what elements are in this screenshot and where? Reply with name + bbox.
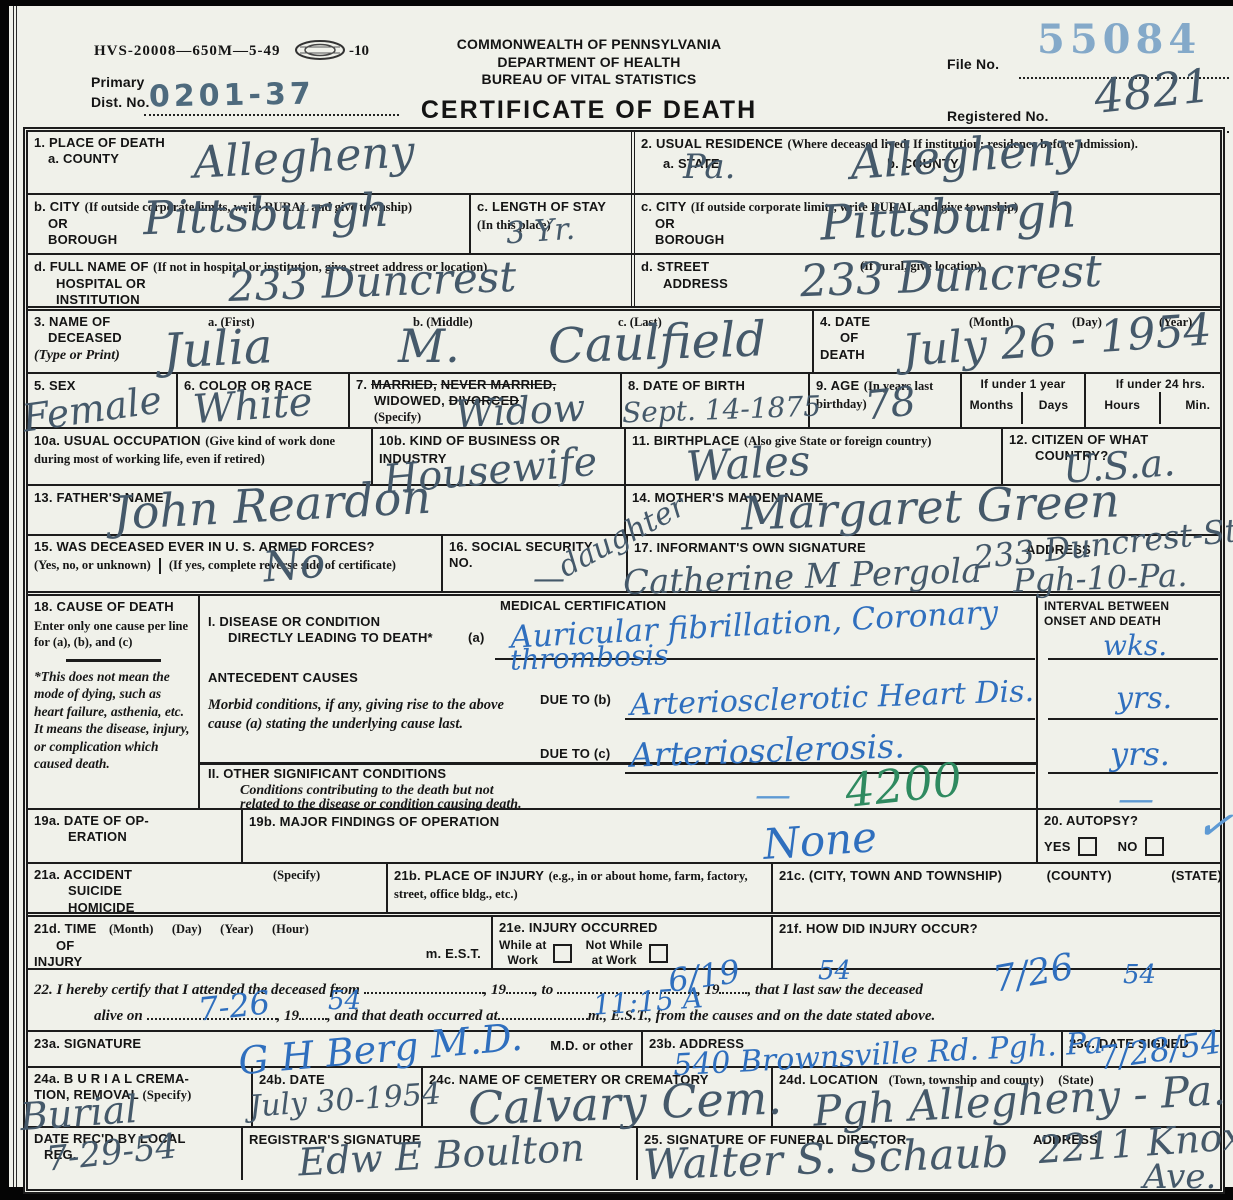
under24-label: If under 24 hrs. — [1086, 377, 1233, 392]
field-physician-address: 23b. ADDRESS 540 Brownsville Rd. Pgh. Pa — [643, 1032, 1063, 1066]
autopsy-yes-checkbox[interactable] — [1078, 837, 1097, 856]
interval-b-handwritten: yrs. — [1116, 684, 1172, 714]
field-age-under-24-hrs: If under 24 hrs. Hours Min. — [1086, 374, 1233, 427]
father-handwritten-value: John Reardon — [112, 474, 432, 537]
armed-forces-label: 15. WAS DECEASED EVER IN U. S. ARMED FOR… — [34, 539, 435, 555]
other-conditions-label: II. OTHER SIGNIFICANT CONDITIONS — [208, 766, 446, 782]
other-conditions-handwritten: 4200 — [843, 756, 964, 814]
field-age-under-1-year: If under 1 year Months Days — [962, 374, 1086, 427]
other-conditions-dash: — — [755, 778, 791, 814]
hospital-handwritten-value: 233 Duncrest — [227, 256, 516, 308]
county-handwritten-value: Allegheny — [192, 130, 416, 186]
street-handwritten-value: 233 Duncrest — [799, 250, 1102, 305]
informant-signature-handwritten: Catherine M Pergola — [623, 554, 983, 600]
injury-city-label: 21c. (CITY, TOWN AND TOWNSHIP) — [779, 868, 1002, 883]
toi-month: (Month) — [109, 922, 153, 936]
certify-fromyear-handwritten: 54 — [818, 958, 851, 984]
field-informant: 17. INFORMANT'S OWN SIGNATURE ADDRESS da… — [628, 536, 1233, 591]
major-findings-label: 19b. MAJOR FINDINGS OF OPERATION — [249, 814, 499, 829]
autopsy-no-label: NO — [1118, 839, 1138, 855]
first-name-handwritten: Julia — [162, 322, 274, 376]
marital-widowed: WIDOWED, — [374, 393, 445, 408]
mother-handwritten-value: Margaret Green — [740, 477, 1120, 536]
while-at-work-label2: Work — [499, 953, 547, 968]
interval-label2: ONSET AND DEATH — [1044, 614, 1229, 629]
field-injury-location: 21c. (CITY, TOWN AND TOWNSHIP) (COUNTY) … — [773, 864, 1233, 912]
field-fathers-name: 13. FATHER'S NAME John Reardon — [28, 486, 626, 534]
primary-label: Primary — [91, 74, 145, 92]
dist-no-label: Dist. No. — [91, 94, 150, 112]
major-findings-handwritten: None — [762, 816, 879, 866]
asd-specify-hint: (Specify) — [273, 868, 320, 884]
certify-from-blank — [364, 979, 484, 994]
city-label: b. CITY — [34, 199, 80, 214]
field-interval-onset-death: INTERVAL BETWEEN ONSET AND DEATH wks. yr… — [1038, 596, 1233, 808]
toi-label3: INJURY — [34, 954, 485, 970]
cause-note2: *This does not mean the mode of dying, s… — [34, 668, 192, 773]
field-cemetery-name: 24c. NAME OF CEMETERY OR CREMATORY Calva… — [423, 1068, 773, 1126]
death-certificate-scan: HVS-20008—650M—5-49 -10 Primary Dist. No… — [0, 0, 1233, 1200]
cause-note1: Enter only one cause per line for (a), (… — [34, 619, 192, 650]
certificate-title: CERTIFICATE OF DEATH — [374, 95, 804, 126]
interval-other-dash: — — [1118, 782, 1154, 818]
bureau-line: BUREAU OF VITAL STATISTICS — [374, 71, 804, 89]
cause-a-handwritten-line2: thrombosis — [510, 641, 669, 675]
funeral-director-signature-handwritten: Walter S. Schaub — [642, 1132, 1009, 1187]
street-label: d. STREET — [641, 259, 709, 274]
field-color-or-race: 6. COLOR OR RACE White — [178, 374, 350, 427]
signature-label: 23a. SIGNATURE — [34, 1036, 141, 1051]
informant-address2-handwritten: Pgh-10-Pa. — [1012, 559, 1187, 597]
autopsy-yes-label: YES — [1044, 839, 1071, 855]
while-at-work-checkbox[interactable] — [553, 944, 572, 963]
asd-label3: HOMICIDE — [68, 900, 380, 916]
field-birthplace: 11. BIRTHPLACE (Also give State or forei… — [626, 429, 1003, 484]
field-place-of-injury: 21b. PLACE OF INJURY (e.g., in or about … — [388, 864, 773, 912]
field-time-of-injury: 21d. TIME (Month) (Day) (Year) (Hour) OF… — [28, 917, 493, 968]
registered-no-value: 4821 — [1092, 62, 1213, 120]
field-city-or-borough-residence: c. CITY (If outside corporate limits, wr… — [631, 195, 1233, 253]
form-number-suffix: -10 — [349, 42, 369, 61]
injury-occurred-label: 21e. INJURY OCCURRED — [499, 920, 765, 936]
place-of-injury-label: 21b. PLACE OF INJURY — [394, 868, 544, 883]
toi-year: (Year) — [220, 922, 253, 936]
field-length-of-stay: c. LENGTH OF STAY (In this place) 3 Yr. — [471, 195, 631, 253]
certify-alive: alive on — [94, 1008, 143, 1024]
cause-label: 18. CAUSE OF DEATH — [34, 599, 192, 615]
interval-label1: INTERVAL BETWEEN — [1044, 599, 1229, 614]
dist-no-stamp-value: 0201-37 — [149, 77, 315, 115]
field-physician-signature: 23a. SIGNATURE M.D. or other G H Berg M.… — [28, 1032, 643, 1066]
while-at-work-label1: While at — [499, 938, 547, 953]
field-date-of-death: 4. DATE OF DEATH (Month) (Day) (Year) Ju… — [814, 311, 1233, 372]
field-name-of-deceased: 3. NAME OF DECEASED (Type or Print) a. (… — [28, 311, 814, 372]
field-age: 9. AGE (In years last birthday) 78 — [810, 374, 962, 427]
city-handwritten-value: Pittsburgh — [142, 187, 390, 242]
certify-alive-handwritten: 7-26 — [197, 986, 272, 1025]
operation-date-label: 19a. DATE OF OP- — [34, 813, 235, 829]
dob-label: 8. DATE OF BIRTH — [628, 378, 745, 393]
race-handwritten-value: White — [192, 382, 314, 430]
certificate-form: 1. PLACE OF DEATH a. COUNTY Allegheny 2.… — [23, 127, 1225, 1194]
file-no-stamp-value: 55084 — [1037, 16, 1201, 63]
middle-name-handwritten: M. — [398, 323, 460, 369]
field-registrar-signature: REGISTRAR'S SIGNATURE Edw E Boulton — [243, 1128, 638, 1180]
burial-label1: 24a. B U R I A L CREMA- — [34, 1071, 245, 1087]
last-name-handwritten: Caulfield — [547, 315, 767, 371]
cemetery-handwritten: Calvary Cem. — [467, 1075, 782, 1132]
field-usual-residence: 2. USUAL RESIDENCE (Where deceased lived… — [631, 132, 1233, 193]
field-cemetery-location: 24d. LOCATION (Town, township and county… — [773, 1068, 1233, 1126]
certify-time-handwritten: 11:15 A — [592, 984, 703, 1020]
commonwealth-line: COMMONWEALTH OF PENNSYLVANIA — [374, 36, 804, 54]
armed-forces-handwritten-value: No — [261, 541, 326, 588]
scan-edge-lines — [13, 6, 17, 1187]
field-accident-suicide-homicide: 21a. ACCIDENT SUICIDE HOMICIDE (Specify) — [28, 864, 388, 912]
birthplace-handwritten-value: Wales — [685, 440, 811, 488]
field-marital-status: 7. MARRIED, NEVER MARRIED, WIDOWED, DIVO… — [350, 374, 622, 427]
marital-handwritten-value: Widow — [454, 389, 586, 434]
autopsy-no-checkbox[interactable] — [1145, 837, 1164, 856]
dob-handwritten-value: Sept. 14-1875 — [622, 393, 822, 428]
field-certification-statement: 22. I hereby certify that I attended the… — [28, 970, 1233, 1030]
certificate-paper: HVS-20008—650M—5-49 -10 Primary Dist. No… — [9, 6, 1233, 1187]
certificate-header: HVS-20008—650M—5-49 -10 Primary Dist. No… — [9, 6, 1233, 127]
header-center-block: COMMONWEALTH OF PENNSYLVANIA DEPARTMENT … — [374, 36, 804, 126]
injury-state-label: (STATE) — [1171, 868, 1222, 883]
operation-date-label2: ERATION — [68, 829, 235, 845]
disease-a-tag: (a) — [468, 630, 485, 646]
interval-a-handwritten: wks. — [1103, 632, 1167, 660]
marital-married-struck: MARRIED, — [371, 377, 437, 392]
rule — [66, 659, 161, 662]
under1-label: If under 1 year — [962, 377, 1084, 392]
field-hospital-name: d. FULL NAME OF (If not in hospital or i… — [28, 255, 631, 306]
toi-label2: OF — [56, 938, 485, 954]
disease-line2: DIRECTLY LEADING TO DEATH* — [228, 630, 433, 646]
not-while-label1: Not While — [586, 938, 643, 953]
armed-forces-hint1: (Yes, no, or unknown) — [34, 558, 159, 574]
residence-city-handwritten-value: Pittsburgh — [819, 186, 1078, 247]
not-while-label2: at Work — [586, 953, 643, 968]
due-to-c-label: DUE TO (c) — [540, 746, 610, 762]
asd-label1: 21a. ACCIDENT — [34, 867, 380, 883]
field-sex: 5. SEX Female — [28, 374, 178, 427]
field-city-or-borough-death: b. CITY (If outside corporate limits, wr… — [28, 195, 471, 253]
field-street-address: d. STREET (If rural, give location) ADDR… — [631, 255, 1233, 306]
hospital-label: d. FULL NAME OF — [34, 259, 149, 274]
hours-label: Hours — [1086, 392, 1161, 424]
antecedent-label: ANTECEDENT CAUSES — [208, 670, 358, 686]
certify-toyear-handwritten: 54 — [1123, 962, 1156, 988]
age-label: 9. AGE — [816, 378, 859, 393]
field-date-of-birth: 8. DATE OF BIRTH Sept. 14-1875 — [622, 374, 810, 427]
not-while-at-work-checkbox[interactable] — [649, 944, 668, 963]
days-label: Days — [1023, 392, 1084, 424]
md-or-other-label: M.D. or other — [550, 1038, 633, 1054]
state-handwritten-value: Pa. — [683, 150, 735, 184]
due-to-b-label: DUE TO (b) — [540, 692, 611, 708]
field-date-of-operation: 19a. DATE OF OP- ERATION — [28, 810, 243, 862]
burial-handwritten-value: Burial — [19, 1090, 139, 1136]
field-medical-certification: MEDICAL CERTIFICATION I. DISEASE OR COND… — [200, 596, 1038, 808]
certify-aliveyear-handwritten: 54 — [328, 988, 361, 1014]
field-burial-type: 24a. B U R I A L CREMA- TION, REMOVAL (S… — [28, 1068, 253, 1126]
field-cause-of-death-notes: 18. CAUSE OF DEATH Enter only one cause … — [28, 596, 200, 808]
toi-label: 21d. TIME — [34, 921, 96, 936]
certify-19a: , 19 — [484, 982, 507, 998]
funeral-director-address2-handwritten: Ave. — [1143, 1160, 1216, 1194]
residence-city-label: c. CITY — [641, 199, 686, 214]
toi-day: (Day) — [172, 922, 202, 936]
informant-label: 17. INFORMANT'S OWN SIGNATURE — [634, 540, 866, 555]
burial-specify: (Specify) — [143, 1088, 192, 1102]
field-major-findings: 19b. MAJOR FINDINGS OF OPERATION None — [243, 810, 1038, 862]
residence-county-handwritten-value: Allegheny — [849, 124, 1083, 186]
how-injury-label: 21f. HOW DID INJURY OCCUR? — [779, 921, 978, 936]
certify-aliveyear-blank — [299, 1005, 327, 1020]
disease-line1: I. DISEASE OR CONDITION — [208, 614, 380, 630]
months-label: Months — [962, 392, 1023, 424]
length-of-stay-handwritten-value: 3 Yr. — [505, 215, 576, 250]
certify-fromyear-blank — [506, 979, 534, 994]
file-no-label: File No. — [947, 56, 999, 74]
form-number: HVS-20008—650M—5-49 — [94, 42, 281, 61]
rule — [1048, 718, 1218, 720]
autopsy-no-checkmark: ✓ — [1193, 802, 1233, 851]
state-seal-icon — [294, 39, 346, 61]
field-armed-forces: 15. WAS DECEASED EVER IN U. S. ARMED FOR… — [28, 536, 443, 591]
length-of-stay-label: c. LENGTH OF STAY — [477, 199, 606, 214]
cause-b-handwritten: Arteriosclerotic Heart Dis. — [630, 677, 1035, 721]
min-label: Min. — [1161, 392, 1233, 424]
toi-hour: (Hour) — [272, 922, 309, 936]
field-funeral-director: 25. SIGNATURE OF FUNERAL DIRECTOR ADDRES… — [638, 1128, 1233, 1180]
marital-prefix: 7. — [356, 377, 367, 392]
toi-mest: m. E.S.T. — [426, 946, 481, 962]
age-handwritten-value: 78 — [863, 381, 918, 426]
certify-to: , to — [534, 982, 553, 998]
interval-c-handwritten: yrs. — [1110, 738, 1170, 770]
morbid-note: Morbid conditions, if any, giving rise t… — [208, 696, 508, 734]
department-line: DEPARTMENT OF HEALTH — [374, 54, 804, 72]
injury-county-label: (COUNTY) — [1047, 868, 1112, 883]
asd-label2: SUICIDE — [68, 883, 380, 899]
certify-19c: , 19 — [277, 1008, 300, 1024]
